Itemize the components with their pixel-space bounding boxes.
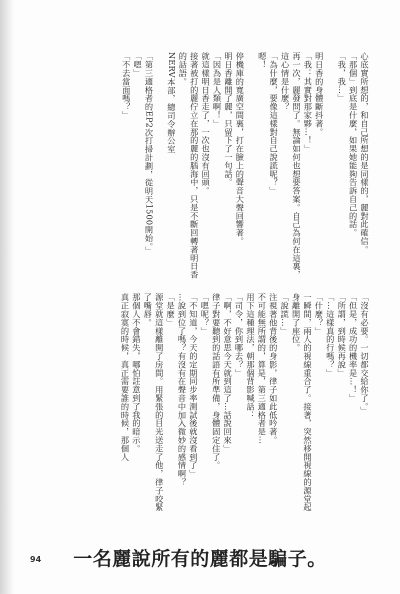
text-line: 明日香的身體斷抖著。 <box>313 52 324 252</box>
text-line: 「第三適格者的EP2次打掃計劃，從明天1500開始。」 <box>143 52 154 252</box>
text-line: 「所謂，到時候再說」 <box>336 293 347 503</box>
text-line: 「我：其實對那家夥…！」 <box>302 52 313 252</box>
text-line: 不可能無所謂的，算是，第三適格者是… <box>256 293 267 503</box>
text-line: 「啊，不好意思今天就到這了…話說回來」 <box>222 293 233 503</box>
text-line: 那個人不會錯失，哪怕註意到了我的暗示。 <box>130 293 141 503</box>
text-line: 一瞬間，兩人的視線重合了。接著，突然移開視線的源堂起 <box>302 293 313 503</box>
text-line: 再一次，麗發問了。無論如何也想要答案。自己為何在這裏， <box>291 52 302 252</box>
text-line: 「不去當面嗎？」 <box>120 52 131 252</box>
text-line: 停機庫的寬廣空間裏，打在臉上的聲音大聲回響著。 <box>234 52 245 252</box>
text-line: 律子對要聽到的話語有所準備，身體固定住了。 <box>210 293 221 503</box>
text-line: 「因為是人類啊！」 <box>211 52 222 252</box>
text-line: 嗯！ <box>256 52 267 252</box>
page-gutter-shadow <box>0 0 14 594</box>
text-line: 「但是，成功的機率是…！」 <box>347 293 358 503</box>
text-line: 「那個」到底是什麼，如果她能夠告訴自己的話。 <box>347 52 358 252</box>
text-line: 「…這樣真的行嗎？」 <box>324 293 335 503</box>
text-line: 「什麼？」 <box>313 293 324 503</box>
text-line: 就這樣明日香走了，一次也沒有回頭。 <box>200 52 211 252</box>
text-line: NERV本部，總司令辦公室 <box>166 52 177 252</box>
text-line: 注視著他背後的身影，律子如此低吟著。 <box>267 293 278 503</box>
text-line: 「不知道，今天的定期同步率測試後就沒看到了」 <box>188 293 199 503</box>
footer-slogan: 一名麗說所有的麗都是騙子。 <box>0 544 400 571</box>
text-line: 「沒有必要。一切都交給你了。」 <box>359 293 370 503</box>
text-line: 真正寂寞的時候，真正需要誰的時候，那個人 <box>119 293 130 503</box>
text-line: 明日香離開了麗，只留下了一句話。 <box>223 52 234 252</box>
text-line: …說到位了嗎？有沒有在聲音中加入微妙的感情啊？ <box>176 293 187 503</box>
text-line: 「為什麼，要像這樣對自己說謊呢？」 <box>268 52 279 252</box>
text-line: 的話語。 <box>177 52 188 252</box>
text-line: 「是麼」 <box>165 293 176 503</box>
text-line: 「說謊…」 <box>279 293 290 503</box>
text-line: 了嘴唇。 <box>142 293 153 503</box>
text-line: 「我，我…」 <box>336 52 347 252</box>
upper-text-block: 心底實所想的，和自己所想的是同樣的，麗對此確信。 「那個」到底是什麼，如果她能夠… <box>120 52 370 252</box>
text-line: 「嗯呢？」 <box>199 293 210 503</box>
text-line: 用下這種理法，朝那個背影喊話： <box>245 293 256 503</box>
text-line: 接著被打的麗佇立在那的麗的腦海中，只是不斷回轉著明日香 <box>188 52 199 252</box>
text-line: 「嗯」 <box>132 52 143 252</box>
lower-text-block: 「沒有必要。一切都交給你了。」 「但是，成功的機率是…！」 「所謂，到時候再說」… <box>119 293 370 503</box>
text-line: 心底實所想的，和自己所想的是同樣的，麗對此確信。 <box>359 52 370 252</box>
text-line: 身離開了座位。 <box>290 293 301 503</box>
text-line: 源堂就這樣離開了房間。用緊張的目光送走了他，律子咬緊 <box>153 293 164 503</box>
text-line: 「司令，你到哪去？」 <box>233 293 244 503</box>
text-line: 這心情是什麼？ <box>279 52 290 252</box>
